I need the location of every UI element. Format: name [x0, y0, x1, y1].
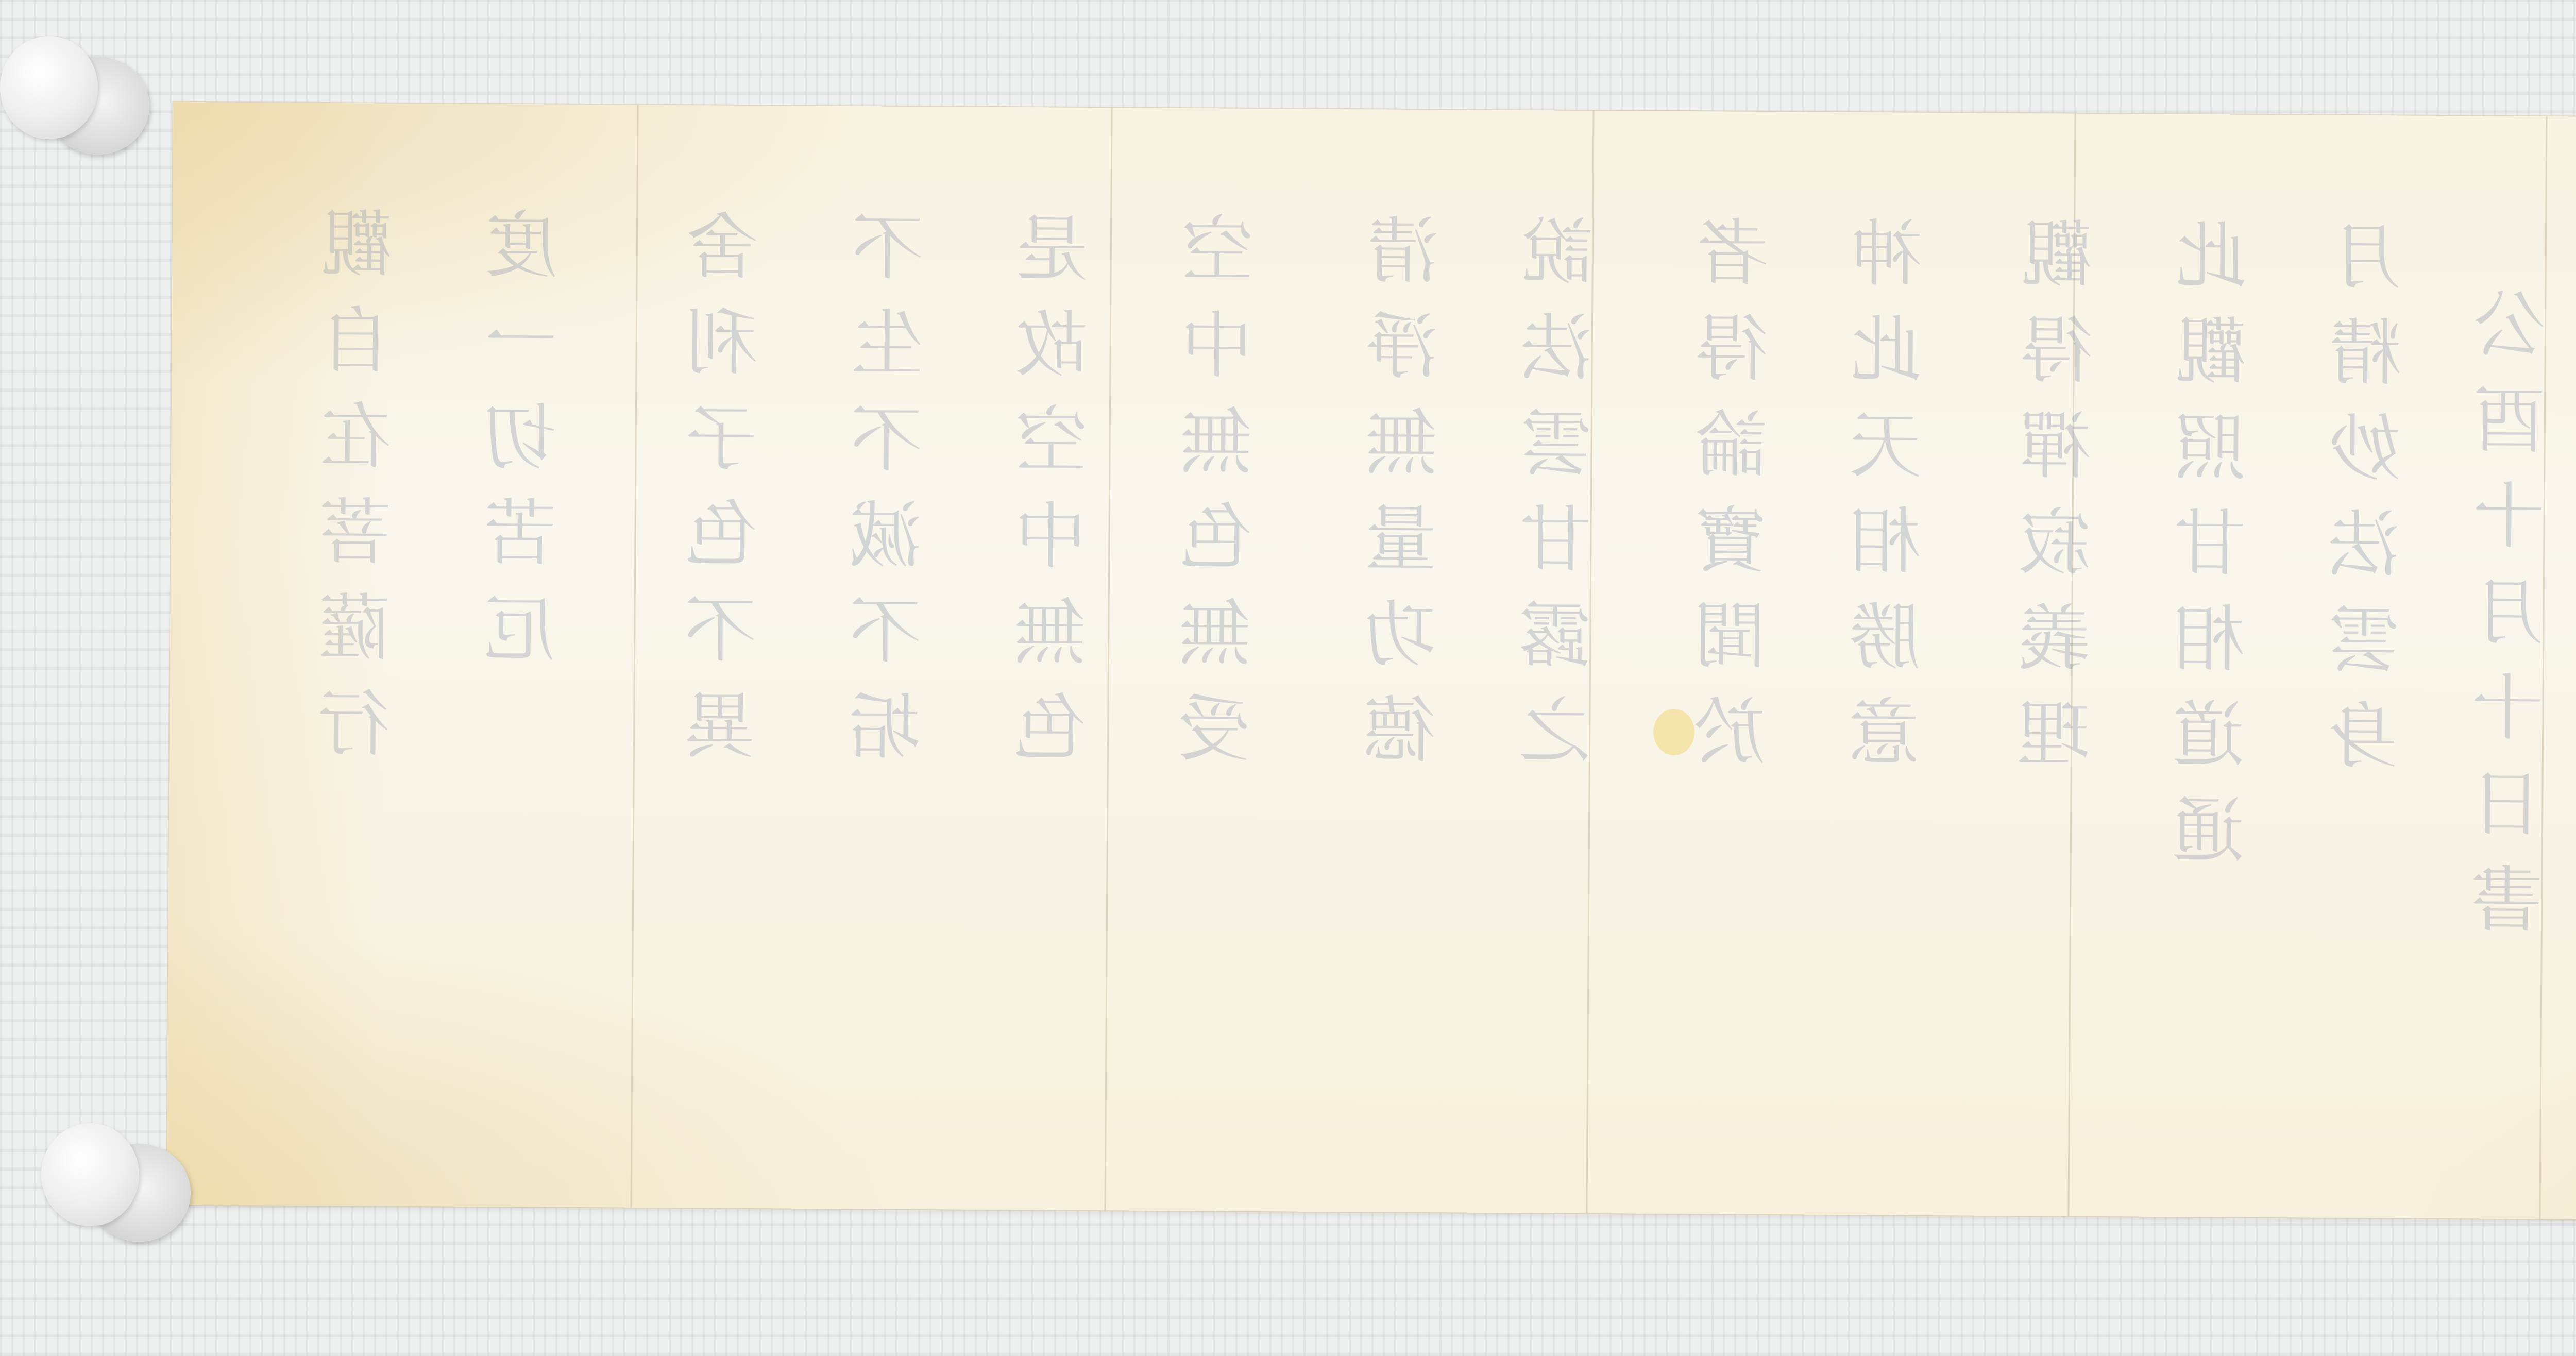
text-column: 觀得禪寂義理 [2024, 216, 2099, 792]
text-column: 度一切苦厄 [489, 207, 565, 687]
text-column: 者得論寶聞於 [1699, 214, 1775, 790]
text-column: 月精妙法雲身 [2333, 218, 2409, 794]
fold-line [630, 105, 638, 1208]
text-column: 說法雲甘露之 [1524, 213, 1600, 789]
pushpin-top-left-icon [0, 36, 155, 160]
text-column: 此觀照甘相道通 [2178, 217, 2254, 889]
yellowed-edge [167, 102, 390, 1206]
text-column: 公酉十月十日書 [2477, 286, 2553, 957]
text-column: 是故空中無色 [1020, 210, 1095, 786]
text-column: 空中無色無受 [1184, 211, 1260, 787]
pushpin-bottom-left-icon [41, 1123, 196, 1247]
calligraphy-sheet-reverse: 西望古東歸此壽 意前曰子丑書之書 公酉十月十日書 月精妙法雲身 此觀照甘相道通 … [167, 102, 2576, 1222]
fold-line [1104, 108, 1112, 1210]
paper-stain [1653, 709, 1695, 755]
text-column: 不生不滅不垢 [855, 209, 930, 785]
text-column: 舍利子色不異 [690, 208, 766, 784]
text-column: 清淨無量功德 [1370, 212, 1446, 788]
text-column: 神此天相勝意 [1854, 215, 1929, 791]
